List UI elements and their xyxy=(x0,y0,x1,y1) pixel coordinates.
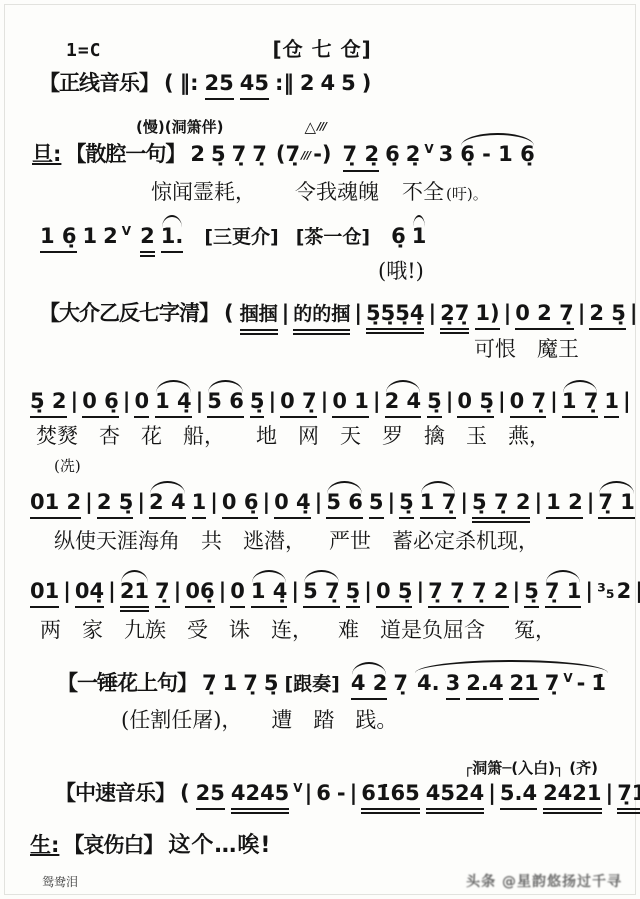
barline: | xyxy=(534,489,542,517)
key-signature: 1=C xyxy=(66,40,102,63)
note-token: 6̣ xyxy=(391,223,406,251)
note-token: 难 道是负屈含 xyxy=(338,618,485,645)
note-token: 1 xyxy=(604,388,619,418)
score: 1=C[仓 七 仓]【正线音乐】(‖:2545:‖245)(慢)(洞箫伴)△//… xyxy=(4,4,636,895)
barline: | xyxy=(587,489,595,517)
note-token: 0 5̣ xyxy=(457,388,494,418)
barline: | xyxy=(428,300,436,328)
note-token: 7̣ xyxy=(155,578,170,608)
note-token: 2 5̣ xyxy=(589,300,626,330)
note-token: 2 xyxy=(190,141,205,169)
barline: | xyxy=(108,578,116,606)
music-line: 5̣ 2|0 6̣|01 4̣|5 65̣|0 7̣|0 1|2 45̣|0 5… xyxy=(27,388,615,418)
note-token: 2 xyxy=(140,223,155,257)
barline: | xyxy=(321,388,329,416)
percussion-pattern: [茶一仓] xyxy=(296,226,370,252)
repeat-close: :‖ xyxy=(275,70,294,98)
note-token: 5 6 xyxy=(326,489,363,519)
barline: | xyxy=(630,300,638,328)
barline: | xyxy=(550,388,558,416)
note-token: 0 1 xyxy=(332,388,369,418)
section-label: 【哀伤白】 xyxy=(63,832,163,860)
note-token: 严世 蓄必定杀机现， xyxy=(329,529,539,556)
key-and-percussion: 1=C[仓 七 仓] xyxy=(63,33,615,64)
percussion-syllables: 掴掴 xyxy=(240,303,278,335)
note-token: 4. xyxy=(417,670,440,698)
barline: | xyxy=(498,388,506,416)
note-token: 0 2 7̣ xyxy=(515,300,573,330)
barline: | xyxy=(460,489,468,517)
note-token: 1 7̣ xyxy=(420,489,457,519)
lyric-line: 可恨 魔王 xyxy=(473,337,615,364)
note-token: 1 xyxy=(412,223,427,251)
note-token: 7̣ xyxy=(202,670,217,698)
music-line: 01 2|2 5̣|2 41|0 6̣|0 4̣|5 65|5̣1 7̣|5̣ … xyxy=(27,489,615,523)
note-token: 7̣ xyxy=(252,141,267,169)
yichui-hua-line: 【一锤花上句】7̣17̣5̣[跟奏]4 27̣4.32.4217̣V-1̇ xyxy=(55,668,615,702)
lyric-line: 惊闻霊耗，令我魂魄不全(吁)。 xyxy=(150,180,615,207)
note-token: 5̣ 7̣ 2 xyxy=(472,489,530,523)
note-token: 2̣7̣ xyxy=(440,300,469,334)
barline: | xyxy=(305,780,313,808)
note-token: 61̇65 xyxy=(361,780,419,814)
lyric-line: 焚燹 杏 花 船，地 网 天 罗 擒 玉 燕， xyxy=(35,424,615,451)
barline: | xyxy=(137,489,145,517)
note-token: 5̣ xyxy=(250,388,265,418)
note-token: 25 xyxy=(205,70,234,100)
note-token: -) xyxy=(313,141,331,169)
note-token: ( xyxy=(180,780,190,808)
note-token: 5̣ xyxy=(399,489,414,519)
tempo-annotation-row: (慢)(洞箫伴)△/// xyxy=(133,116,615,139)
note-token: 两 家 九族 受 诛 连， xyxy=(40,618,313,645)
section-label: 【大介乙反七字清】 xyxy=(39,300,219,328)
note-token: 7̣ 7̣ 7̣ 2 xyxy=(428,578,508,608)
barline: | xyxy=(388,489,396,517)
note-token: 0 7̣ xyxy=(280,388,317,418)
note-token: 4245 xyxy=(231,780,289,814)
note-token: 可恨 魔王 xyxy=(474,337,579,364)
note-token: 3 xyxy=(439,141,454,169)
ensemble-annotation-row: ┌洞箫─(入白)┐ (齐) xyxy=(25,757,615,780)
accompaniment-cue: [跟奏] xyxy=(285,673,340,699)
note-token: 2 xyxy=(300,70,315,98)
zhongsu-music-line: 【中速音乐】(254245V|6-|61̇654524|5.42421|7̣12… xyxy=(53,780,615,814)
note-token: 2 4 xyxy=(149,489,186,519)
note-token: 5̣ 2 xyxy=(30,388,67,418)
note-token: 2.4 xyxy=(466,670,503,700)
note-token: 5.4 xyxy=(500,780,537,810)
note-token: 0 5̣ xyxy=(376,578,413,608)
section-label: 【正线音乐】 xyxy=(39,70,159,98)
barline: | xyxy=(350,780,358,808)
barline: | xyxy=(585,578,593,606)
note-token: 7̣ xyxy=(545,670,560,698)
note-token: 1. xyxy=(161,223,184,253)
note-token: 1̇ xyxy=(591,670,606,698)
note-token: 7̣ xyxy=(243,670,258,698)
interjection-row: (哦!) xyxy=(377,259,615,286)
barline: | xyxy=(416,578,424,606)
note-token: 惊闻霊耗， xyxy=(151,180,256,207)
note-token: ) xyxy=(362,70,372,98)
barline: | xyxy=(282,300,290,328)
note-token: 0 6̣ xyxy=(82,388,119,418)
note-token: 01 2 xyxy=(30,489,81,519)
note-token: (7̣ xyxy=(276,141,300,169)
note-token: 遭 踏 践。 xyxy=(271,708,397,735)
tempo-annotation: (慢)(洞箫伴) xyxy=(136,116,223,139)
note-token: 25 xyxy=(196,780,225,810)
note-token: 0 xyxy=(134,388,149,418)
note-token: 0 7̣ xyxy=(510,388,547,418)
barline: | xyxy=(488,780,496,808)
note-token: 7̣ xyxy=(393,670,408,698)
note-token: 04̣ xyxy=(75,578,104,608)
note-token: 1 xyxy=(192,489,207,519)
sanqiang-line: 旦:【散腔一句】25̣7̣7̣(7̣///-)7̣ 2̣6̣2̣V36̣ - 1… xyxy=(29,141,615,171)
note-token: ( xyxy=(224,300,234,328)
breath-mark: V xyxy=(563,671,572,688)
zhengxian-music-line: 【正线音乐】(‖:2545:‖245) xyxy=(37,70,615,100)
note-token: 2 5̣ xyxy=(97,489,134,519)
note-token: 令我魂魄 xyxy=(295,180,379,207)
barline: | xyxy=(71,388,79,416)
parenthetical-lyric: (任割任屠)， xyxy=(121,708,242,735)
dajie-yifan-line: 【大介乙反七字清】(掴掴|的的掴|5̣5̣5̣4̣|2̣7̣1)|0 2 7̣|… xyxy=(37,300,615,335)
note-token: - xyxy=(337,780,346,808)
ensemble-annotation: ┌洞箫─(入白)┐ (齐) xyxy=(463,757,598,780)
note-token: 5̣5̣5̣4̣ xyxy=(366,300,424,334)
note-token: 1) xyxy=(475,300,499,330)
note-token: 7̣ 1 xyxy=(545,578,582,608)
section-label: 【一锤花上句】 xyxy=(57,670,197,698)
note-token: 6̣ - 1 6̣ xyxy=(460,141,534,169)
breath-mark: V xyxy=(424,142,433,159)
note-token: 2 xyxy=(617,578,632,606)
barline: | xyxy=(315,489,323,517)
barline: | xyxy=(364,578,372,606)
breath-mark: V xyxy=(293,781,302,798)
barline: | xyxy=(63,578,71,606)
note-token: 5 xyxy=(341,70,356,98)
note-token: 6 xyxy=(316,780,331,808)
interjection: (哦!) xyxy=(378,259,424,286)
note-token: 5̣ xyxy=(264,670,279,698)
interjection: (吁)。 xyxy=(446,185,488,205)
note-token: 21 xyxy=(120,578,149,612)
barline: | xyxy=(219,578,227,606)
grace-notes: ³₅ xyxy=(597,579,615,606)
note-token: 6̣ xyxy=(385,141,400,169)
barline: | xyxy=(373,388,381,416)
barline: | xyxy=(291,578,299,606)
note-token: 7̣124 xyxy=(617,780,640,814)
note-token: 冤， xyxy=(514,618,556,645)
note-token: 06̣ xyxy=(185,578,214,608)
note-token: 5̣ xyxy=(346,578,361,608)
note-token: 5 7̣ xyxy=(303,578,340,608)
barline: | xyxy=(623,388,631,416)
percussion-pattern: [仓 七 仓] xyxy=(273,33,372,64)
note-token: 2̣ xyxy=(406,141,421,169)
barline: | xyxy=(513,578,521,606)
note-token: 2 xyxy=(103,223,118,251)
score-page: { "footer":{"title":"\u9e33\u9e2f\u6cea"… xyxy=(0,0,640,899)
barline: | xyxy=(606,780,614,808)
note-token: 1 7̣ xyxy=(562,388,599,418)
note-token: 地 网 天 罗 擒 玉 燕， xyxy=(256,424,550,451)
role-sheng: 生: xyxy=(30,832,59,860)
barline: | xyxy=(446,388,454,416)
note-token: 2421 xyxy=(543,780,601,814)
note-token: 1 xyxy=(83,223,98,251)
lyric-line: (任割任屠)，遭 踏 践。 xyxy=(120,708,615,735)
note-token: 7̣ 1 xyxy=(598,489,635,519)
note-token: 4524 xyxy=(426,780,484,814)
note-token: 1 4̣ xyxy=(251,578,288,608)
role-dan: 旦: xyxy=(32,141,61,169)
opera-title: 鸳鸯泪 xyxy=(42,873,78,890)
note-token: 21 xyxy=(509,670,538,700)
toutiao-watermark: 头条 @星韵悠扬过千寻 xyxy=(466,871,622,891)
barline: | xyxy=(262,489,270,517)
page-footer: 鸳鸯泪 头条 @星韵悠扬过千寻 xyxy=(0,871,640,891)
annotation: (冼) xyxy=(54,457,81,477)
note-token: 5 xyxy=(369,489,384,519)
lyric-line: 纵使天涯海角 共 逃潜，严世 蓄必定杀机现， xyxy=(53,529,615,556)
barline: | xyxy=(210,489,218,517)
note-token: - xyxy=(577,670,586,698)
note-token: 5̣ xyxy=(524,578,539,608)
music-line: 1 6̣12V21.[三更介][茶一仓]6̣1 xyxy=(37,223,615,257)
repeat-open: ‖: xyxy=(180,70,199,98)
note-token: 1 6̣ xyxy=(40,223,77,253)
breath-mark: V xyxy=(122,224,131,241)
note-token: 焚燹 杏 花 船， xyxy=(36,424,225,451)
note-token: 纵使天涯海角 共 逃潜， xyxy=(54,529,306,556)
note-token: 不全 xyxy=(402,180,444,207)
note-token: 4 2 xyxy=(351,670,388,700)
lyric-line: 两 家 九族 受 诛 连，难 道是负屈含冤， xyxy=(39,618,615,645)
barline: | xyxy=(504,300,512,328)
tremolo-mark: /// xyxy=(301,149,310,165)
note-token: 5̣ xyxy=(427,388,442,418)
note-token: 0 4̣ xyxy=(274,489,311,519)
note-token: 1 4̣ xyxy=(155,388,192,418)
note-token: 4 xyxy=(321,70,336,98)
accent-mark: △ xyxy=(304,118,316,138)
note-token: 01 xyxy=(30,578,59,608)
note-token: 45 xyxy=(240,70,269,100)
note-token: 0 6̣ xyxy=(222,489,259,519)
barline: | xyxy=(354,300,362,328)
note-token: 1 2 xyxy=(546,489,583,519)
percussion-syllables: 的的掴 xyxy=(293,303,350,335)
barline: | xyxy=(196,388,204,416)
music-line: 01|04̣|217̣|06̣|01 4̣|5 7̣5̣|0 5̣|7̣ 7̣ … xyxy=(27,578,615,612)
barline: | xyxy=(123,388,131,416)
section-label: 【中速音乐】 xyxy=(55,780,175,808)
sheng-speech-line: 生:【哀伤白】这个…唉! xyxy=(27,832,615,862)
note-token: 7̣ 2̣ xyxy=(343,141,380,171)
tied-group: 4.32.4217̣V-1̇ xyxy=(414,668,609,702)
note-token: 3 xyxy=(446,670,461,700)
spoken-text: 这个…唉! xyxy=(168,832,271,862)
note-token: 7̣ xyxy=(232,141,247,169)
annotation-row: (冼) xyxy=(53,452,615,477)
barline: | xyxy=(578,300,586,328)
note-token: 5 6 xyxy=(207,388,244,418)
stage-direction: [三更介] xyxy=(204,226,278,252)
tremolo-mark: /// xyxy=(317,120,326,135)
note-token: ( xyxy=(164,70,174,98)
note-token: 0 xyxy=(230,578,245,608)
barline: | xyxy=(635,578,640,606)
section-label: 【散腔一句】 xyxy=(65,141,185,169)
barline: | xyxy=(174,578,182,606)
note-token: 5̣ xyxy=(211,141,226,169)
barline: | xyxy=(85,489,93,517)
note-token: 1 xyxy=(223,670,238,698)
note-token: 2 4 xyxy=(385,388,422,418)
barline: | xyxy=(268,388,276,416)
